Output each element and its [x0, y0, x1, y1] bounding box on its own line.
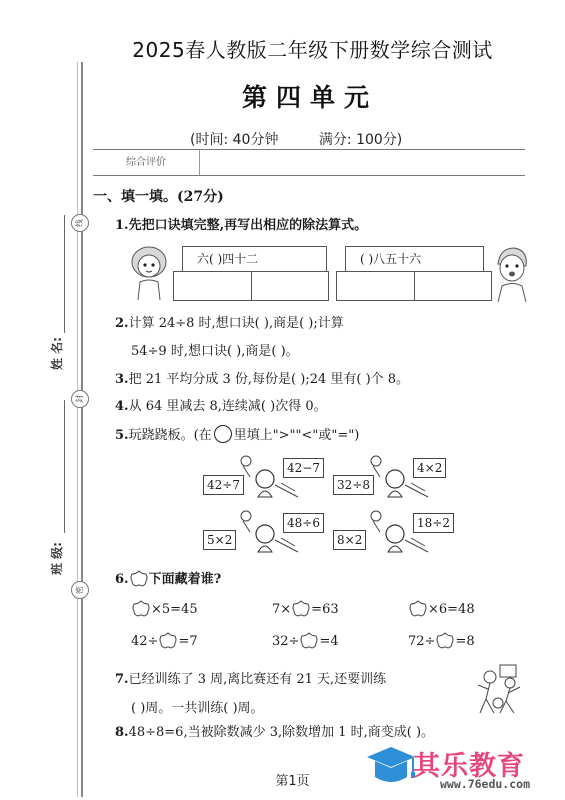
question-4: 4.从 64 里减去 8,连续减( )次得 0。 — [115, 395, 327, 414]
equation-5: 32÷=4 — [272, 632, 339, 649]
name-label: 姓 名: — [48, 337, 65, 370]
flower-blank-icon[interactable] — [435, 632, 455, 649]
question-3: 3.把 21 平均分成 3 份,每份是( );24 里有( )个 8。 — [115, 368, 409, 387]
section-heading: 一、填一填。(27分) — [93, 186, 224, 206]
question-1: 1.先把口诀填完整,再写出相应的除法算式。 — [115, 214, 367, 233]
basketball-players-illustration — [470, 663, 526, 717]
equation-6: 72÷=8 — [408, 632, 475, 649]
answer-box[interactable] — [415, 272, 492, 300]
equation-2: 7×=63 — [272, 600, 339, 617]
answer-box[interactable] — [252, 272, 329, 300]
class-label: 班 级: — [48, 542, 65, 575]
seesaw-1-left: 42÷7 — [203, 475, 244, 495]
seesaw-1: 42÷7 42−7 — [203, 455, 333, 500]
question-5: 5.玩跷跷板。(在里填上">""<"或"=") — [115, 424, 359, 443]
question-2: 2.计算 24÷8 时,想口诀( ),商是( );计算 — [115, 312, 344, 331]
seesaw-2-left: 32÷8 — [333, 475, 374, 495]
flower-blank-icon[interactable] — [291, 600, 311, 617]
question-2-line2: 54÷9 时,想口诀( ),商是( )。 — [131, 340, 299, 359]
class-underline — [64, 400, 65, 533]
question-6: 6.下面藏着谁? — [115, 568, 221, 587]
seesaw-2: 32÷8 4×2 — [333, 455, 463, 500]
answer-box[interactable] — [174, 272, 252, 300]
flower-blank-icon[interactable] — [131, 600, 151, 617]
girl-illustration — [128, 244, 170, 300]
evaluation-label: 综合评价 — [93, 150, 200, 175]
seesaw-4-right: 18÷2 — [413, 513, 454, 533]
seesaw-1-compare-circle[interactable] — [256, 470, 274, 488]
seesaw-4-left: 8×2 — [333, 530, 366, 550]
equation-1: ×5=45 — [131, 600, 198, 617]
flower-icon — [129, 570, 149, 587]
name-underline — [64, 215, 65, 333]
chant-box-right[interactable]: ( )八五十六 — [345, 246, 484, 272]
equation-3: ×6=48 — [408, 600, 475, 617]
seal-mark-secret: 密 — [71, 581, 89, 599]
full-score: 满分: 100分) — [319, 132, 402, 148]
logo-url: www.76edu.com — [440, 777, 530, 791]
unit-title: 第四单元 — [0, 78, 565, 114]
answer-boxes-right — [336, 271, 492, 301]
seal-mark-line: 线 — [71, 214, 89, 232]
seesaw-3: 5×2 48÷6 — [203, 510, 333, 555]
seesaw-1-right: 42−7 — [283, 458, 324, 478]
flower-blank-icon[interactable] — [299, 632, 319, 649]
seesaw-3-left: 5×2 — [203, 530, 236, 550]
question-7: 7.已经训练了 3 周,离比赛还有 21 天,还要训练 — [115, 668, 386, 687]
binding-line-outer — [81, 62, 83, 797]
boy-illustration — [492, 244, 532, 302]
exam-meta: (时间: 40分钟 满分: 100分) — [190, 129, 438, 149]
chant-box-left[interactable]: 六( )四十二 — [182, 246, 327, 272]
seesaw-3-right: 48÷6 — [283, 513, 324, 533]
seesaw-3-compare-circle[interactable] — [256, 525, 274, 543]
seesaw-2-compare-circle[interactable] — [386, 470, 404, 488]
binding-line-inner — [77, 62, 78, 797]
seesaw-4-compare-circle[interactable] — [386, 525, 404, 543]
equation-4: 42÷=7 — [131, 632, 198, 649]
seesaw-4: 8×2 18÷2 — [333, 510, 463, 555]
question-8: 8.48÷8=6,当被除数减少 3,除数增加 1 时,商变成( )。 — [115, 721, 434, 740]
flower-blank-icon[interactable] — [158, 632, 178, 649]
exam-title: 2025春人教版二年级下册数学综合测试 — [0, 34, 565, 63]
question-1-text: 先把口诀填完整,再写出相应的除法算式。 — [129, 218, 368, 233]
answer-boxes-left — [173, 271, 329, 301]
seesaw-2-right: 4×2 — [413, 458, 446, 478]
evaluation-table: 综合评价 — [93, 149, 525, 176]
question-7-line2: ( )周。一共训练( )周。 — [131, 697, 264, 716]
circle-icon — [214, 425, 232, 443]
time-limit: (时间: 40分钟 — [190, 132, 278, 148]
question-2-line1: 计算 24÷8 时,想口诀( ),商是( );计算 — [129, 316, 344, 331]
flower-blank-icon[interactable] — [408, 600, 428, 617]
graduation-cap-icon — [365, 745, 417, 787]
answer-box[interactable] — [337, 272, 415, 300]
seal-mark-seal: 封 — [71, 390, 89, 408]
